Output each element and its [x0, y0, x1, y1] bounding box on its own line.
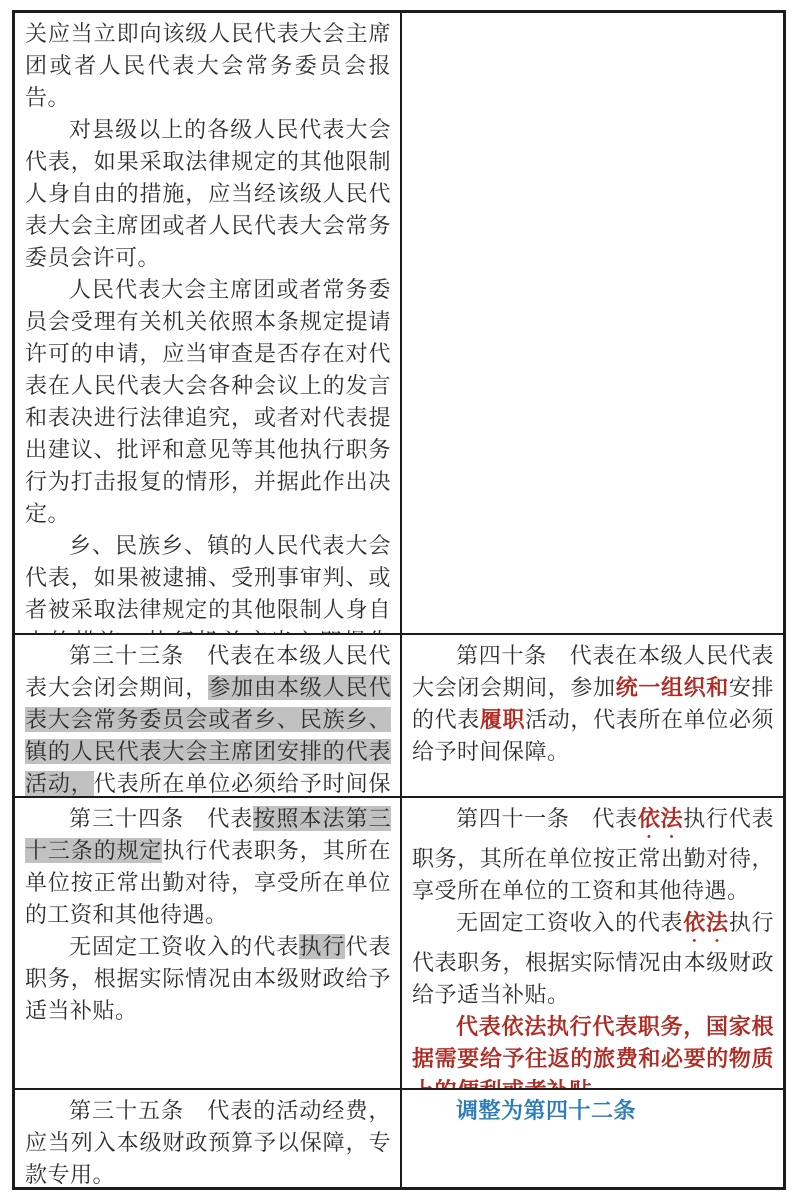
cell-revised-text: 第四十条 代表在本级人民代表大会闭会期间，参加统一组织和安排的代表履职活动，代表… [400, 635, 783, 796]
red-dotted-run: 依法 [683, 910, 728, 935]
cell-revised-text: 调整为第四十二条 [400, 1090, 783, 1187]
law-comparison-table: 关应当立即向该级人民代表大会主席团或者人民代表大会常务委员会报告。对县级以上的各… [12, 10, 786, 1190]
text-run: 人民代表大会主席团或者常务委员会受理有关机关依照本条规定提请许可的申请，应当审查… [25, 277, 391, 526]
cell-original-text: 关应当立即向该级人民代表大会主席团或者人民代表大会常务委员会报告。对县级以上的各… [15, 13, 400, 633]
paragraph: 对县级以上的各级人民代表大会代表，如果采取法律规定的其他限制人身自由的措施，应当… [25, 114, 391, 274]
cell-original-text: 第三十五条 代表的活动经费，应当列入本级财政预算予以保障，专款专用。 [15, 1090, 400, 1187]
paragraph: 代表依法执行代表职务，国家根据需要给予往返的旅费和必要的物质上的便利或者补贴。 [412, 1011, 774, 1088]
red-run: 代表依法执行代表职务，国家根据需要给予往返的旅费和必要的物质上的便利或者补贴。 [412, 1014, 774, 1088]
cell-revised-text [400, 13, 783, 633]
paragraph: 无固定工资收入的代表执行代表职务，根据实际情况由本级财政给予适当补贴。 [25, 931, 391, 1027]
paragraph: 乡、民族乡、镇的人民代表大会代表，如果被逮捕、受刑事审判、或者被采取法律规定的其… [25, 530, 391, 633]
highlighted-run: 执行 [299, 934, 345, 959]
text-run: 对县级以上的各级人民代表大会代表，如果采取法律规定的其他限制人身自由的措施，应当… [25, 117, 391, 270]
red-dotted-run: 依法 [638, 806, 683, 831]
paragraph: 第三十三条 代表在本级人民代表大会闭会期间，参加由本级人民代表大会常务委员会或者… [25, 640, 391, 796]
red-run: 统一组织和 [616, 675, 729, 700]
red-run: 履职 [480, 707, 525, 732]
table-row-3: 第三十四条 代表按照本法第三十三条的规定执行代表职务，其所在单位按正常出勤对待，… [15, 796, 783, 1088]
table-row-1: 关应当立即向该级人民代表大会主席团或者人民代表大会常务委员会报告。对县级以上的各… [15, 13, 783, 633]
table-row-2: 第三十三条 代表在本级人民代表大会闭会期间，参加由本级人民代表大会常务委员会或者… [15, 633, 783, 796]
paragraph: 第三十四条 代表按照本法第三十三条的规定执行代表职务，其所在单位按正常出勤对待，… [25, 803, 391, 931]
text-run: 第四十一条 代表 [456, 806, 638, 831]
paragraph: 调整为第四十二条 [412, 1095, 774, 1127]
paragraph: 无固定工资收入的代表依法执行代表职务，根据实际情况由本级财政给予适当补贴。 [412, 907, 774, 1011]
text-run: 无固定工资收入的代表 [456, 910, 683, 935]
text-run: 第三十四条 代表 [69, 806, 253, 831]
text-run: 无固定工资收入的代表 [69, 934, 299, 959]
cell-revised-text: 第四十一条 代表依法执行代表职务，其所在单位按正常出勤对待，享受所在单位的工资和… [400, 798, 783, 1088]
cell-original-text: 第三十四条 代表按照本法第三十三条的规定执行代表职务，其所在单位按正常出勤对待，… [15, 798, 400, 1088]
paragraph: 关应当立即向该级人民代表大会主席团或者人民代表大会常务委员会报告。 [25, 18, 391, 114]
text-run: 乡、民族乡、镇的人民代表大会代表，如果被逮捕、受刑事审判、或者被采取法律规定的其… [25, 533, 391, 633]
cell-original-text: 第三十三条 代表在本级人民代表大会闭会期间，参加由本级人民代表大会常务委员会或者… [15, 635, 400, 796]
document-page: 关应当立即向该级人民代表大会主席团或者人民代表大会常务委员会报告。对县级以上的各… [0, 0, 799, 1200]
blue-run: 调整为第四十二条 [456, 1098, 636, 1123]
table-row-4: 第三十五条 代表的活动经费，应当列入本级财政预算予以保障，专款专用。调整为第四十… [15, 1088, 783, 1187]
paragraph: 第三十五条 代表的活动经费，应当列入本级财政预算予以保障，专款专用。 [25, 1095, 391, 1187]
paragraph: 人民代表大会主席团或者常务委员会受理有关机关依照本条规定提请许可的申请，应当审查… [25, 274, 391, 530]
text-run: 第三十五条 代表的活动经费，应当列入本级财政预算予以保障，专款专用。 [25, 1098, 391, 1187]
text-run: 关应当立即向该级人民代表大会主席团或者人民代表大会常务委员会报告。 [25, 21, 391, 110]
paragraph: 第四十一条 代表依法执行代表职务，其所在单位按正常出勤对待，享受所在单位的工资和… [412, 803, 774, 907]
paragraph: 第四十条 代表在本级人民代表大会闭会期间，参加统一组织和安排的代表履职活动，代表… [412, 640, 774, 768]
